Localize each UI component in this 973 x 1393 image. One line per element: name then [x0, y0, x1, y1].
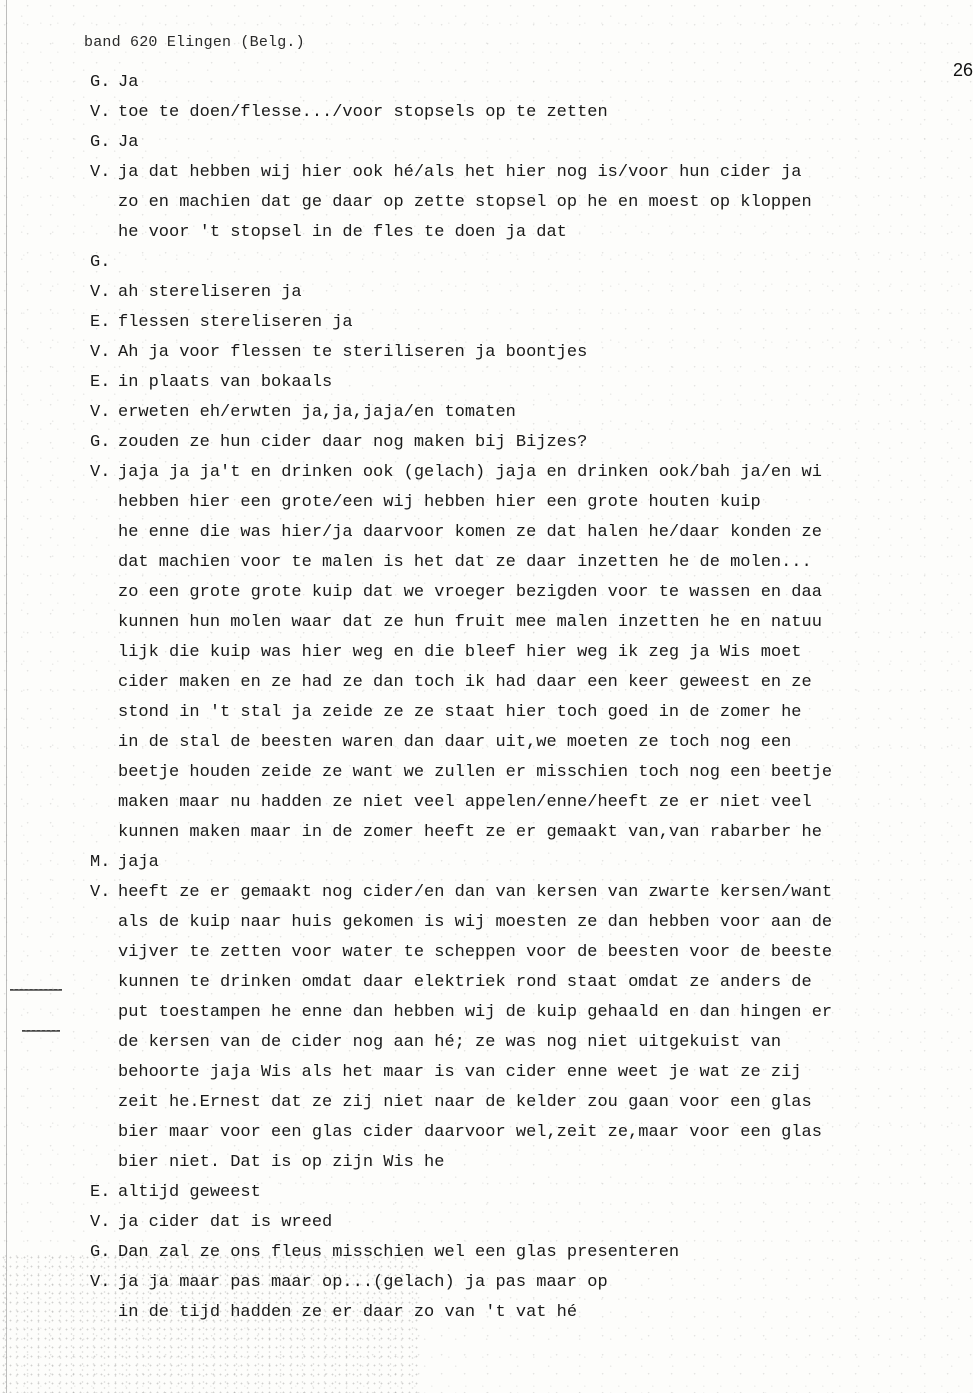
- transcript-turn: V.ja ja maar pas maar op...(gelach) ja p…: [60, 1268, 973, 1328]
- speaker-label: M.: [90, 848, 118, 878]
- speaker-label: V.: [90, 458, 118, 488]
- transcript-line: flessen stereliseren ja: [118, 313, 353, 332]
- transcript-turn: V.ah stereliseren ja: [60, 278, 973, 308]
- transcript-line: ah stereliseren ja: [118, 283, 302, 302]
- transcript-line: heeft ze er gemaakt nog cider/en dan van…: [118, 883, 832, 902]
- transcript-turn: E.flessen stereliseren ja: [60, 308, 973, 338]
- transcript-turn: E.in plaats van bokaals: [60, 368, 973, 398]
- transcript-line: stond in 't stal ja zeide ze ze staat hi…: [118, 698, 973, 728]
- margin-mark: [10, 989, 62, 991]
- transcript: G.JaV.toe te doen/flesse.../voor stopsel…: [60, 68, 973, 1328]
- speaker-label: E.: [90, 308, 118, 338]
- transcript-line: Ah ja voor flessen te steriliseren ja bo…: [118, 343, 587, 362]
- speaker-label: G.: [90, 1238, 118, 1268]
- transcript-turn: V.heeft ze er gemaakt nog cider/en dan v…: [60, 878, 973, 1178]
- transcript-line: maken maar nu hadden ze niet veel appele…: [118, 788, 973, 818]
- speaker-label: G.: [90, 68, 118, 98]
- transcript-line: zeit he.Ernest dat ze zij niet naar de k…: [118, 1088, 973, 1118]
- speaker-label: V.: [90, 398, 118, 428]
- speaker-label: E.: [90, 1178, 118, 1208]
- transcript-line: bier maar voor een glas cider daarvoor w…: [118, 1118, 973, 1148]
- transcript-turn: G.zouden ze hun cider daar nog maken bij…: [60, 428, 973, 458]
- transcript-line: erweten eh/erwten ja,ja,jaja/en tomaten: [118, 403, 516, 422]
- transcript-turn: V.toe te doen/flesse.../voor stopsels op…: [60, 98, 973, 128]
- transcript-line: kunnen maken maar in de zomer heeft ze e…: [118, 818, 973, 848]
- transcript-line: lijk die kuip was hier weg en die bleef …: [118, 638, 973, 668]
- transcript-turn: E.altijd geweest: [60, 1178, 973, 1208]
- transcript-line: Dan zal ze ons fleus misschien wel een g…: [118, 1243, 679, 1262]
- transcript-line: dat machien voor te malen is het dat ze …: [118, 548, 973, 578]
- transcript-line: vijver te zetten voor water te scheppen …: [118, 938, 973, 968]
- transcript-line: behoorte jaja Wis als het maar is van ci…: [118, 1058, 973, 1088]
- transcript-line: beetje houden zeide ze want we zullen er…: [118, 758, 973, 788]
- transcript-line: in de tijd hadden ze er daar zo van 't v…: [118, 1298, 973, 1328]
- transcript-turn: G.Ja: [60, 68, 973, 98]
- transcript-line: in de stal de beesten waren dan daar uit…: [118, 728, 973, 758]
- speaker-label: V.: [90, 1208, 118, 1238]
- speaker-label: V.: [90, 98, 118, 128]
- transcript-turn: V.ja cider dat is wreed: [60, 1208, 973, 1238]
- speaker-label: G.: [90, 128, 118, 158]
- speaker-label: G.: [90, 428, 118, 458]
- transcript-line: kunnen te drinken omdat daar elektriek r…: [118, 968, 973, 998]
- speaker-label: G.: [90, 248, 118, 278]
- transcript-line: he voor 't stopsel in de fles te doen ja…: [118, 218, 973, 248]
- transcript-line: jaja ja ja't en drinken ook (gelach) jaj…: [118, 463, 822, 482]
- transcript-line: zo een grote grote kuip dat we vroeger b…: [118, 578, 973, 608]
- transcript-line: in plaats van bokaals: [118, 373, 332, 392]
- transcript-line: altijd geweest: [118, 1183, 261, 1202]
- speaker-label: V.: [90, 278, 118, 308]
- transcript-turn: G.: [60, 248, 973, 278]
- transcript-line: put toestampen he enne dan hebben wij de…: [118, 998, 973, 1028]
- speaker-label: E.: [90, 368, 118, 398]
- transcript-line: ja cider dat is wreed: [118, 1213, 332, 1232]
- transcript-line: Ja: [118, 133, 138, 152]
- transcript-line: Ja: [118, 73, 138, 92]
- transcript-turn: V.ja dat hebben wij hier ook hé/als het …: [60, 158, 973, 248]
- transcript-line: ja ja maar pas maar op...(gelach) ja pas…: [118, 1273, 608, 1292]
- transcript-line: bier niet. Dat is op zijn Wis he: [118, 1148, 973, 1178]
- transcript-turn: M.jaja: [60, 848, 973, 878]
- transcript-turn: V.erweten eh/erwten ja,ja,jaja/en tomate…: [60, 398, 973, 428]
- speaker-label: V.: [90, 1268, 118, 1298]
- speaker-label: V.: [90, 338, 118, 368]
- left-margin-rule: [6, 0, 7, 1393]
- transcript-line: als de kuip naar huis gekomen is wij moe…: [118, 908, 973, 938]
- transcript-line: cider maken en ze had ze dan toch ik had…: [118, 668, 973, 698]
- transcript-line: zouden ze hun cider daar nog maken bij B…: [118, 433, 587, 452]
- speaker-label: V.: [90, 158, 118, 188]
- transcript-line: hebben hier een grote/een wij hebben hie…: [118, 488, 973, 518]
- typewritten-page: band 620 Elingen (Belg.) 26 G.JaV.toe te…: [0, 0, 973, 1393]
- transcript-turn: V.jaja ja ja't en drinken ook (gelach) j…: [60, 458, 973, 848]
- transcript-line: jaja: [118, 853, 159, 872]
- transcript-line: zo en machien dat ge daar op zette stops…: [118, 188, 973, 218]
- transcript-line: de kersen van de cider nog aan hé; ze wa…: [118, 1028, 973, 1058]
- transcript-line: he enne die was hier/ja daarvoor komen z…: [118, 518, 973, 548]
- transcript-turn: G.Ja: [60, 128, 973, 158]
- document-header: band 620 Elingen (Belg.): [84, 34, 305, 51]
- speaker-label: V.: [90, 878, 118, 908]
- margin-mark: [22, 1030, 60, 1032]
- transcript-line: ja dat hebben wij hier ook hé/als het hi…: [118, 163, 802, 182]
- transcript-turn: V.Ah ja voor flessen te steriliseren ja …: [60, 338, 973, 368]
- transcript-line: toe te doen/flesse.../voor stopsels op t…: [118, 103, 608, 122]
- transcript-line: kunnen hun molen waar dat ze hun fruit m…: [118, 608, 973, 638]
- transcript-turn: G.Dan zal ze ons fleus misschien wel een…: [60, 1238, 973, 1268]
